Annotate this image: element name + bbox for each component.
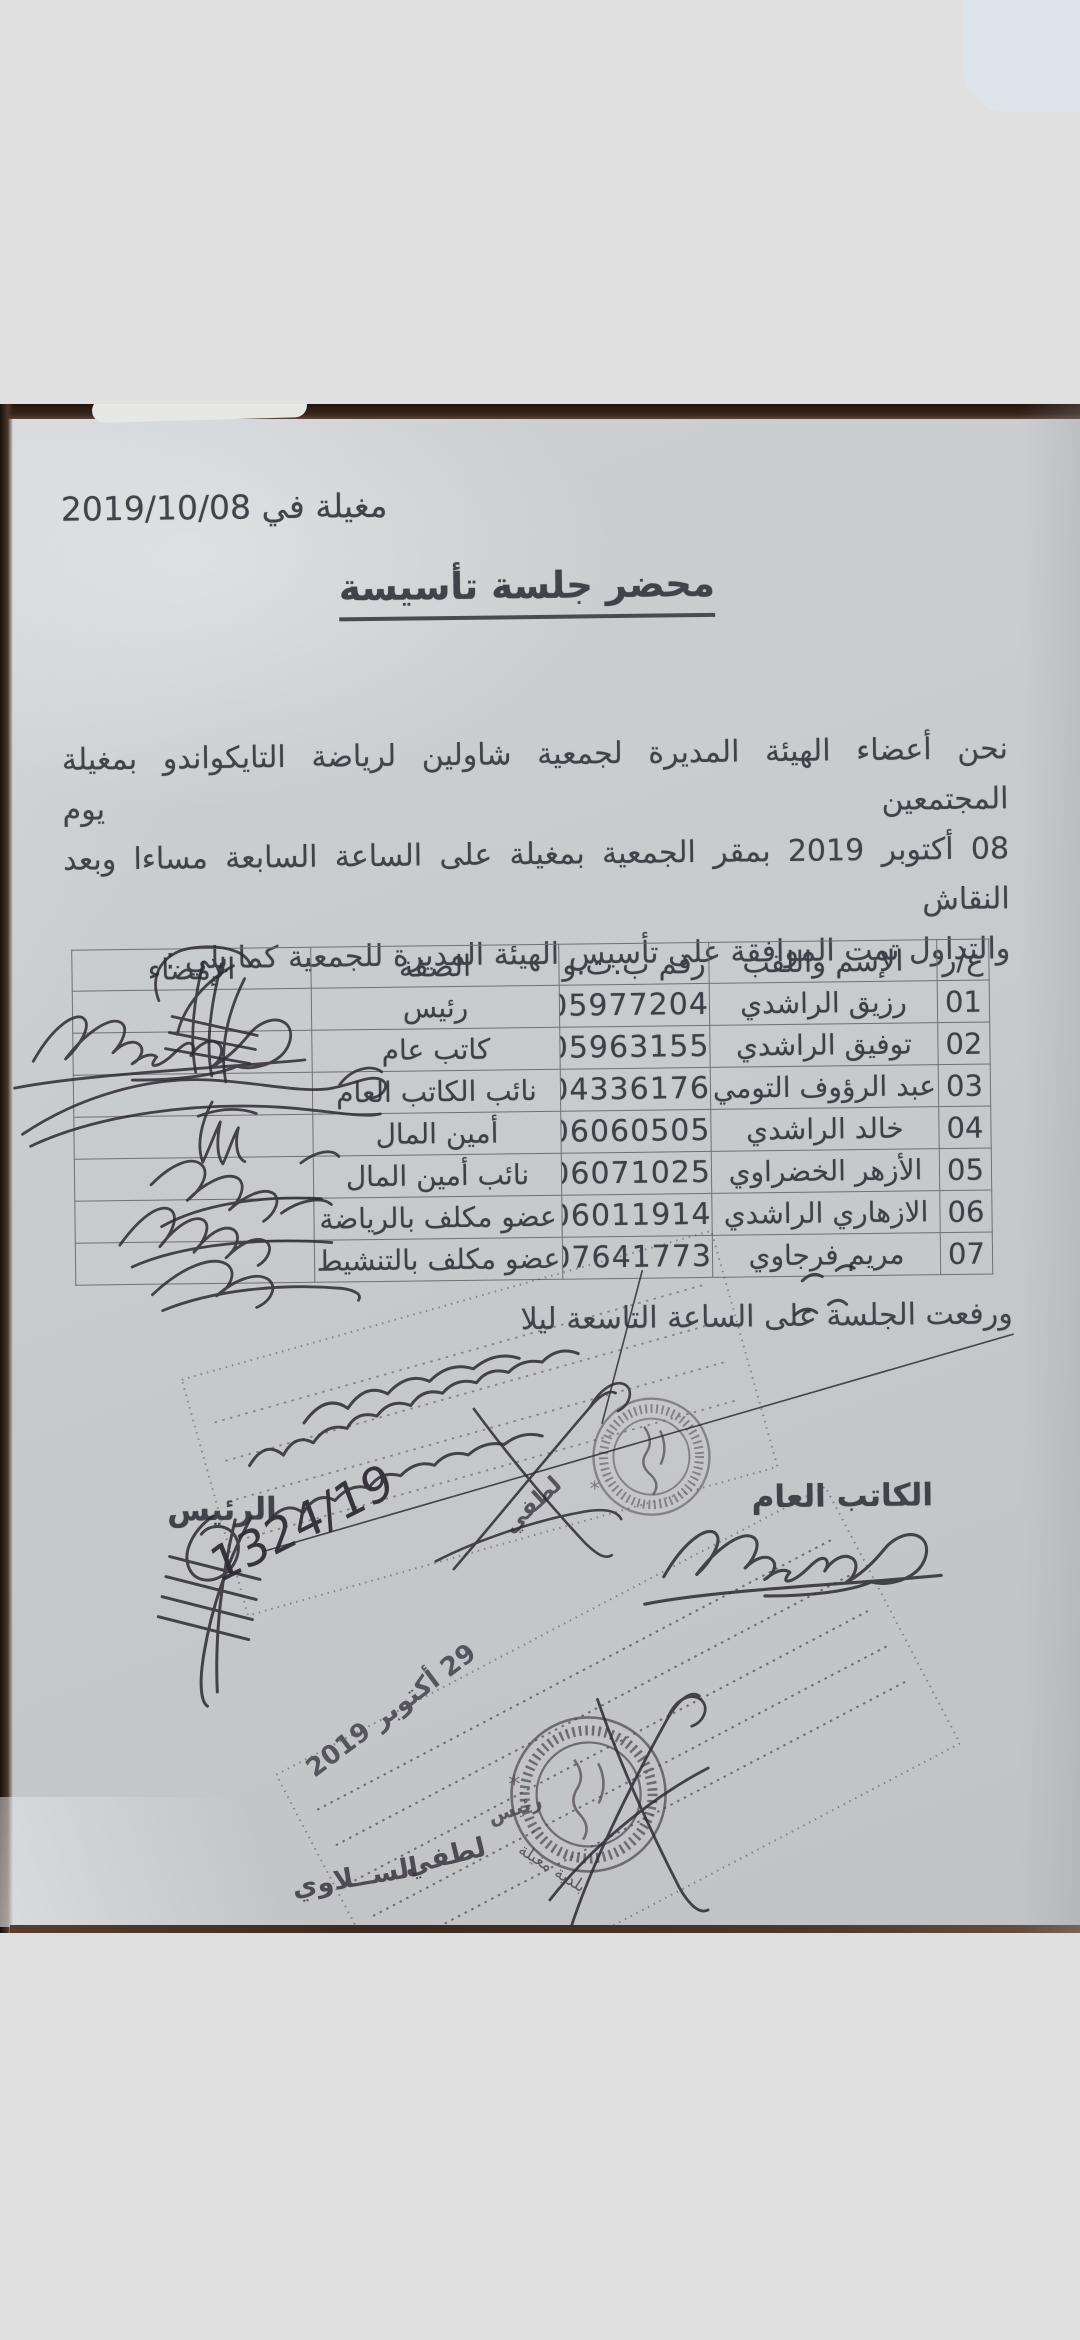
stamp-star: *	[590, 1476, 600, 1500]
member-name: خالد الراشدي	[711, 1107, 939, 1152]
handwritten-officer-name: لطفي	[498, 1472, 568, 1539]
member-name: رزيق الراشدي	[709, 981, 937, 1026]
col-header-number: ع/ر	[937, 939, 989, 981]
member-number: 03	[938, 1064, 991, 1107]
body-line-1: نحن أعضاء الهيئة المديرة لجمعية شاولين ل…	[62, 724, 1009, 836]
document-content: مغيلة في 2019/10/08 محضر جلسة تأسيسة نحن…	[0, 404, 1080, 1933]
member-number: 01	[937, 980, 990, 1023]
member-signature-cell	[73, 1072, 312, 1117]
corner-blob	[963, 0, 1080, 112]
member-id: 06060505	[561, 1109, 712, 1153]
member-id: 06071025	[561, 1151, 712, 1195]
member-signature-cell	[75, 1240, 314, 1285]
member-number: 04	[939, 1106, 992, 1149]
member-role: رئيس	[311, 985, 559, 1030]
closing-line: ورفعت الجلسة على الساعة التاسعة ليلا	[520, 1296, 1013, 1337]
member-id: 07641773	[562, 1235, 713, 1279]
legalization-stamp-box-1	[182, 1231, 778, 1616]
member-signature-cell	[74, 1114, 313, 1159]
member-name: الازهاري الراشدي	[712, 1191, 940, 1236]
crossed-signature-middle	[434, 1383, 632, 1569]
members-table: ع/ر الإسم واللقب رقم ب.ت.و الصفة الإمضاء…	[71, 939, 993, 1286]
municipality-stamp-text: بلدية مغيلة	[515, 1840, 590, 1897]
secretary-signature	[644, 1529, 942, 1605]
phone-screen: { "window": { "background": "#e0e0e0", "…	[0, 0, 1080, 2340]
received-date-stamp: 29 أكتوبر 2019	[301, 1638, 482, 1784]
member-signature-cell	[74, 1156, 313, 1201]
member-signature-cell	[73, 1030, 312, 1075]
crossed-signature-bottom	[547, 1694, 710, 1930]
member-number: 06	[940, 1190, 993, 1233]
member-number: 07	[940, 1232, 993, 1275]
col-header-signature: الإمضاء	[72, 947, 311, 991]
president-signature	[157, 1515, 261, 1706]
member-name: عبد الرؤوف التومي	[710, 1065, 938, 1110]
president-label: الرئيس	[167, 1491, 277, 1528]
member-name: الأزهر الخضراوي	[711, 1149, 939, 1194]
col-header-id: رقم ب.ت.و	[559, 942, 709, 985]
handwritten-president-word: رئيس	[484, 1788, 544, 1829]
col-header-name: الإسم واللقب	[709, 940, 937, 984]
document-photo[interactable]: مغيلة في 2019/10/08 محضر جلسة تأسيسة نحن…	[0, 404, 1080, 1933]
body-line-2: 08 أكتوبر 2019 بمقر الجمعية بمغيلة على ا…	[63, 824, 1010, 936]
member-signature-cell	[75, 1198, 314, 1243]
member-number: 05	[939, 1148, 992, 1191]
place-date-line: مغيلة في 2019/10/08	[61, 486, 388, 529]
member-name: مريم فرجاوي	[712, 1233, 940, 1278]
member-signature-cell	[72, 988, 311, 1033]
col-header-role: الصفة	[311, 944, 559, 988]
member-role: عضو مكلف بالتنشيط	[314, 1237, 562, 1282]
member-role: نائب الكاتب العام	[312, 1069, 560, 1114]
member-id: 06011914	[562, 1193, 713, 1237]
member-name: توفيق الراشدي	[710, 1023, 938, 1068]
member-role: عضو مكلف بالرياضة	[314, 1195, 562, 1240]
handwritten-officer-surname: الســلاوي	[290, 1852, 421, 1904]
member-role: كاتب عام	[312, 1027, 560, 1072]
paper-bottom-edge	[10, 1925, 1080, 1933]
page-title: محضر جلسة تأسيسة	[339, 562, 716, 622]
member-role: أمين المال	[313, 1111, 561, 1156]
member-id: 04336176	[560, 1067, 711, 1111]
member-id: 05963155	[560, 1025, 711, 1069]
secretary-label: الكاتب العام	[751, 1477, 933, 1515]
member-number: 02	[938, 1022, 991, 1065]
member-id: 05977204	[559, 983, 710, 1027]
round-stamp-association: *	[589, 1398, 710, 1515]
member-role: نائب أمين المال	[313, 1153, 561, 1198]
